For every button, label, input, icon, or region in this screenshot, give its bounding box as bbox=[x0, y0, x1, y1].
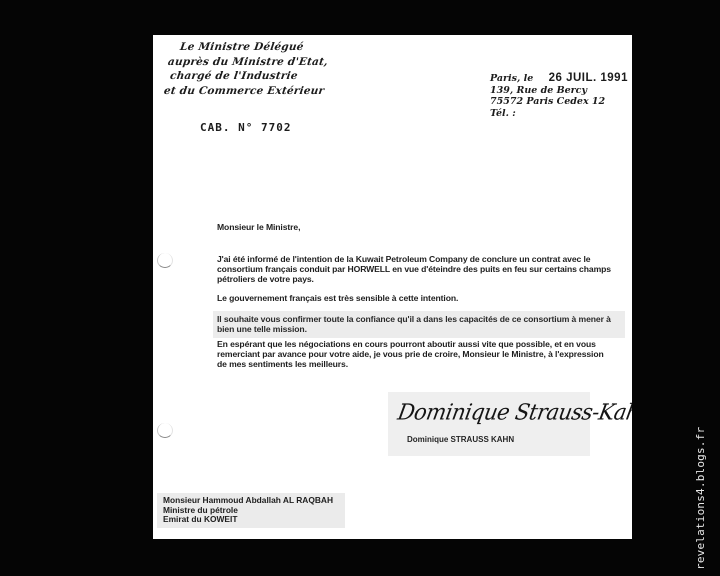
scanned-letter-page: Le Ministre Délégué auprès du Ministre d… bbox=[153, 35, 632, 539]
address-line: 139, Rue de Bercy bbox=[490, 85, 630, 97]
address-line: 75572 Paris Cedex 12 bbox=[490, 96, 630, 108]
signatory-name: Dominique STRAUSS KAHN bbox=[407, 435, 514, 444]
letter-paragraph: Le gouvernement français est très sensib… bbox=[217, 293, 612, 303]
date-line: Paris, le 26 JUIL. 1991 bbox=[490, 73, 630, 85]
signature-block: Dominique Strauss-Kahn Dominique STRAUSS… bbox=[388, 392, 590, 456]
source-watermark: revelations4.blogs.fr bbox=[694, 427, 707, 570]
date-stamp: 26 JUIL. 1991 bbox=[549, 72, 628, 84]
letterhead-line: auprès du Ministre d'Etat, bbox=[167, 55, 339, 70]
punch-hole-mark bbox=[157, 253, 173, 268]
viewer-stage: Le Ministre Délégué auprès du Ministre d… bbox=[0, 0, 720, 576]
place-and-date-block: Paris, le 26 JUIL. 1991 139, Rue de Berc… bbox=[490, 73, 630, 119]
letterhead-line: Le Ministre Délégué bbox=[169, 40, 341, 55]
cabinet-reference-number: CAB. N° 7702 bbox=[200, 121, 291, 134]
letterhead-line: chargé de l'Industrie bbox=[165, 69, 337, 84]
city-label: Paris, le bbox=[490, 73, 533, 84]
handwritten-signature: Dominique Strauss-Kahn bbox=[396, 399, 632, 424]
letterhead-line: et du Commerce Extérieur bbox=[163, 84, 335, 99]
ministry-letterhead: Le Ministre Délégué auprès du Ministre d… bbox=[163, 40, 341, 98]
closing-paragraph: En espérant que les négociations en cour… bbox=[217, 339, 612, 369]
highlighted-paragraph: Il souhaite vous confirmer toute la conf… bbox=[213, 311, 625, 338]
addressee-block: Monsieur Hammoud Abdallah AL RAQBAH Mini… bbox=[157, 493, 345, 528]
phone-line: Tél. : bbox=[490, 108, 630, 120]
letter-paragraph: J'ai été informé de l'intention de la Ku… bbox=[217, 254, 612, 284]
salutation: Monsieur le Ministre, bbox=[217, 222, 612, 232]
punch-hole-mark bbox=[157, 423, 173, 438]
addressee-country: Emirat du KOWEIT bbox=[163, 515, 339, 525]
